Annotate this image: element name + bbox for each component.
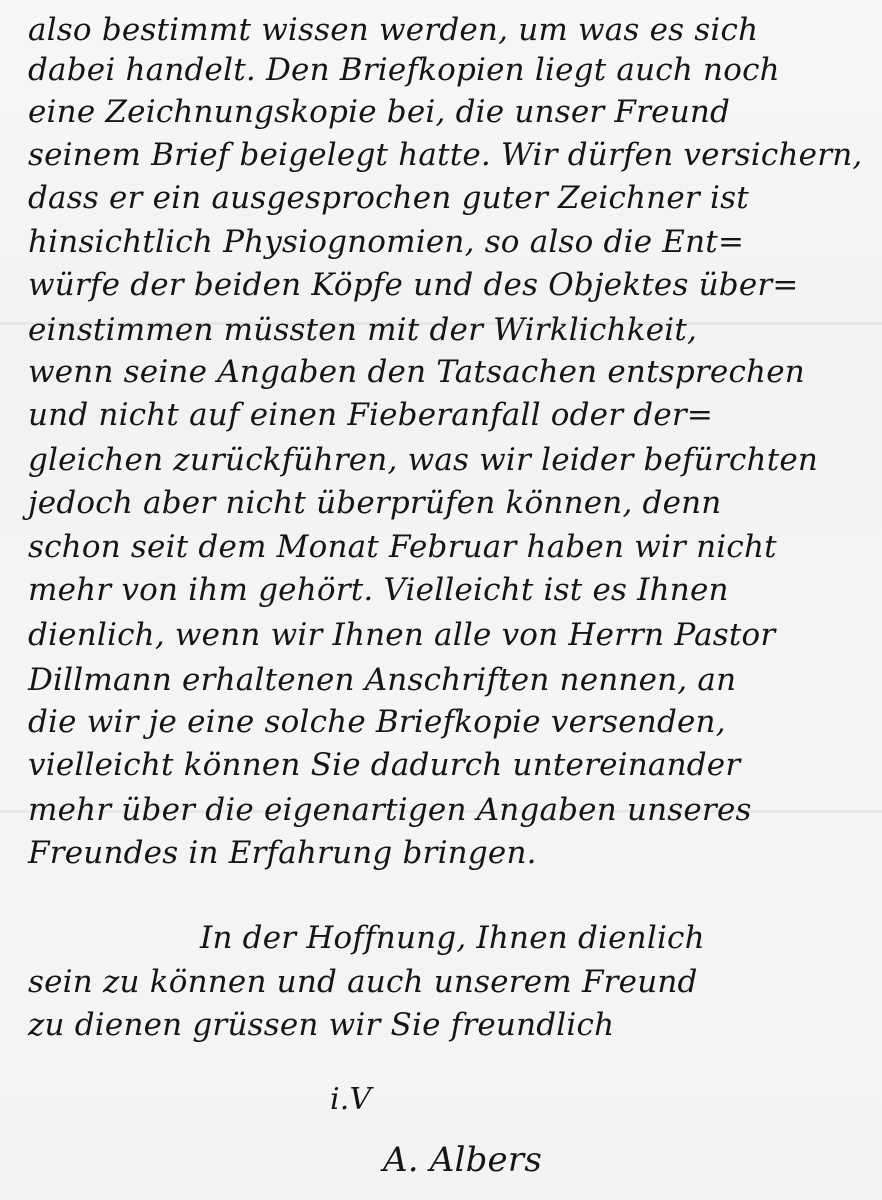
body-line: jedoch aber nicht überprüfen können, den… <box>28 483 721 523</box>
body-line: seinem Brief beigelegt hatte. Wir dürfen… <box>28 135 862 175</box>
signature-prefix: i.V <box>330 1080 371 1120</box>
body-line: dabei handelt. Den Briefkopien liegt auc… <box>28 50 780 90</box>
letter-page: also bestimmt wissen werden, um was es s… <box>0 0 882 1200</box>
body-line: hinsichtlich Physiognomien, so also die … <box>28 222 744 262</box>
body-line: würfe der beiden Köpfe und des Objektes … <box>28 265 799 305</box>
body-line: wenn seine Angaben den Tatsachen entspre… <box>28 352 805 392</box>
body-line: mehr von ihm gehört. Vielleicht ist es I… <box>28 570 729 610</box>
signature-name: A. Albers <box>383 1140 542 1180</box>
body-line: vielleicht können Sie dadurch untereinan… <box>28 745 740 785</box>
body-line: gleichen zurückführen, was wir leider be… <box>28 440 818 480</box>
body-line: eine Zeichnungskopie bei, die unser Freu… <box>28 92 730 132</box>
body-line: dienlich, wenn wir Ihnen alle von Herrn … <box>28 615 775 655</box>
closing-line: zu dienen grüssen wir Sie freundlich <box>28 1005 614 1045</box>
body-line: dass er ein ausgesprochen guter Zeichner… <box>28 178 749 218</box>
closing-line: In der Hoffnung, Ihnen dienlich <box>200 918 705 958</box>
closing-line: sein zu können und auch unserem Freund <box>28 962 698 1002</box>
body-line: schon seit dem Monat Februar haben wir n… <box>28 527 777 567</box>
body-line: mehr über die eigenartigen Angaben unser… <box>28 790 752 830</box>
body-line: und nicht auf einen Fieberanfall oder de… <box>28 395 713 435</box>
body-line: einstimmen müssten mit der Wirklichkeit, <box>28 310 697 350</box>
body-line: Dillmann erhaltenen Anschriften nennen, … <box>28 660 736 700</box>
body-line: also bestimmt wissen werden, um was es s… <box>28 10 758 50</box>
body-line: Freundes in Erfahrung bringen. <box>28 833 537 873</box>
body-line: die wir je eine solche Briefkopie versen… <box>28 702 726 742</box>
